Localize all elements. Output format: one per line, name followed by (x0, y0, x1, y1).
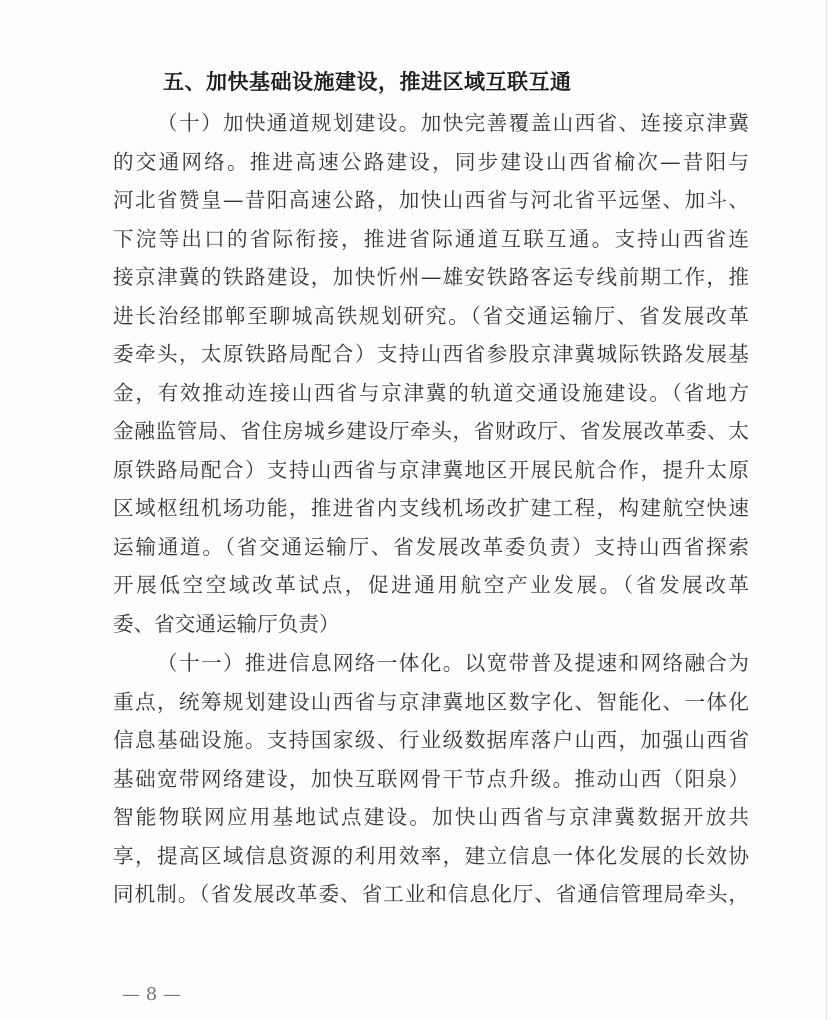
text-line: 信息基础设施。支持国家级、行业级数据库落户山西，加强山西省 (113, 727, 749, 753)
text-line: （十一）推进信息网络一体化。以宽带普及提速和网络融合为 (157, 650, 749, 676)
text-line: 运输通道。（省交通运输厅、省发展改革委负责）支持山西省探索 (113, 534, 749, 560)
text-line: 委牵头，太原铁路局配合）支持山西省参股京津冀城际铁路发展基 (113, 341, 749, 367)
text-line: （十）加快通道规划建设。加快完善覆盖山西省、连接京津冀 (157, 110, 749, 136)
text-line: 金，有效推动连接山西省与京津冀的轨道交通设施建设。（省地方 (113, 380, 749, 406)
text-line: 同机制。（省发展改革委、省工业和信息化厅、省通信管理局牵头， (113, 881, 749, 907)
text-line: 委、省交通运输厅负责） (113, 611, 340, 637)
text-line: 下浣等出口的省际衔接，推进省际通道互联互通。支持山西省连 (113, 226, 749, 252)
document-page: 五、加快基础设施建设，推进区域互联互通 （十）加快通道规划建设。加快完善覆盖山西… (0, 0, 831, 1020)
page-number: — 8 — (122, 984, 181, 1005)
text-line: 基础宽带网络建设，加快互联网骨干节点升级。推动山西（阳泉） (113, 766, 749, 792)
text-line: 区域枢纽机场功能，推进省内支线机场改扩建工程，构建航空快速 (113, 495, 749, 521)
text-line: 金融监管局、省住房城乡建设厅牵头，省财政厅、省发展改革委、太 (113, 418, 749, 444)
text-line: 河北省赞皇—昔阳高速公路，加快山西省与河北省平远堡、加斗、 (113, 187, 749, 213)
text-line: 享，提高区域信息资源的利用效率，建立信息一体化发展的长效协 (113, 843, 749, 869)
page-edge (826, 0, 827, 1020)
text-line: 重点，统筹规划建设山西省与京津冀地区数字化、智能化、一体化 (113, 689, 749, 715)
text-line: 的交通网络。推进高速公路建设，同步建设山西省榆次—昔阳与 (113, 149, 749, 175)
section-heading: 五、加快基础设施建设，推进区域互联互通 (163, 66, 572, 96)
text-line: 智能物联网应用基地试点建设。加快山西省与京津冀数据开放共 (113, 804, 749, 830)
text-line: 原铁路局配合）支持山西省与京津冀地区开展民航合作，提升太原 (113, 457, 749, 483)
text-line: 进长治经邯郸至聊城高铁规划研究。（省交通运输厅、省发展改革 (113, 303, 749, 329)
text-line: 开展低空空域改革试点，促进通用航空产业发展。（省发展改革 (113, 572, 749, 598)
text-line: 接京津冀的铁路建设，加快忻州—雄安铁路客运专线前期工作，推 (113, 264, 749, 290)
